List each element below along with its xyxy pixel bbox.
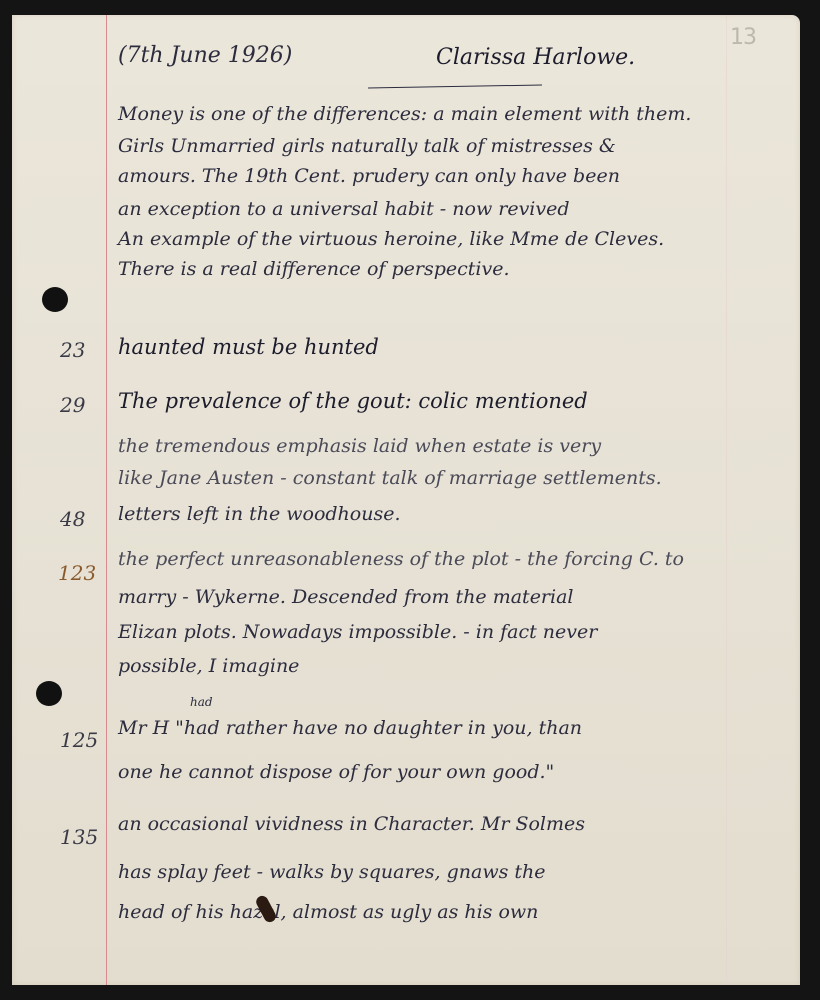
text-line: Girls Unmarried girls naturally talk of …	[118, 137, 616, 156]
text-line: letters left in the woodhouse.	[118, 505, 401, 524]
text-line: an occasional vividness in Character. Mr…	[118, 815, 585, 834]
margin-rule	[106, 15, 107, 985]
manuscript-page: 13 (7th June 1926) Clarissa Harlowe. Mon…	[12, 15, 800, 985]
text-line: There is a real difference of perspectiv…	[118, 260, 510, 279]
text-line: the perfect unreasonableness of the plot…	[118, 550, 684, 569]
page-title: Clarissa Harlowe.	[436, 47, 635, 69]
text-line: amours. The 19th Cent. prudery can only …	[118, 167, 620, 186]
margin-page-ref: 135	[60, 827, 98, 847]
text-line: marry - Wykerne. Descended from the mate…	[118, 588, 574, 607]
text-line: like Jane Austen - constant talk of marr…	[118, 469, 662, 488]
text-line: an exception to a universal habit - now …	[118, 200, 570, 219]
text-line: The prevalence of the gout: colic mentio…	[118, 391, 588, 412]
right-rule	[726, 15, 727, 985]
title-underline	[368, 84, 542, 88]
margin-page-ref: 23	[60, 340, 85, 360]
margin-page-ref: 125	[60, 730, 98, 750]
text-line: Mr H "had rather have no daughter in you…	[118, 719, 582, 738]
margin-page-ref: 48	[60, 509, 85, 529]
punch-hole	[42, 287, 68, 312]
insertion-above-line: had	[190, 695, 213, 709]
text-line: Elizan plots. Nowadays impossible. - in …	[118, 623, 597, 642]
text-line: haunted must be hunted	[118, 337, 379, 358]
punch-hole	[36, 681, 62, 706]
text-line: head of his hazel, almost as ugly as his…	[118, 903, 538, 922]
date-heading: (7th June 1926)	[118, 45, 292, 67]
text-line: has splay feet - walks by squares, gnaws…	[118, 863, 546, 882]
text-line: possible, I imagine	[118, 657, 299, 676]
page-number: 13	[730, 25, 756, 50]
text-line: one he cannot dispose of for your own go…	[118, 763, 554, 782]
text-line: An example of the virtuous heroine, like…	[118, 230, 664, 249]
text-line: the tremendous emphasis laid when estate…	[118, 437, 601, 456]
text-line: Money is one of the differences: a main …	[118, 105, 691, 124]
margin-page-ref: 29	[60, 395, 85, 415]
margin-page-ref: 123	[58, 563, 96, 583]
